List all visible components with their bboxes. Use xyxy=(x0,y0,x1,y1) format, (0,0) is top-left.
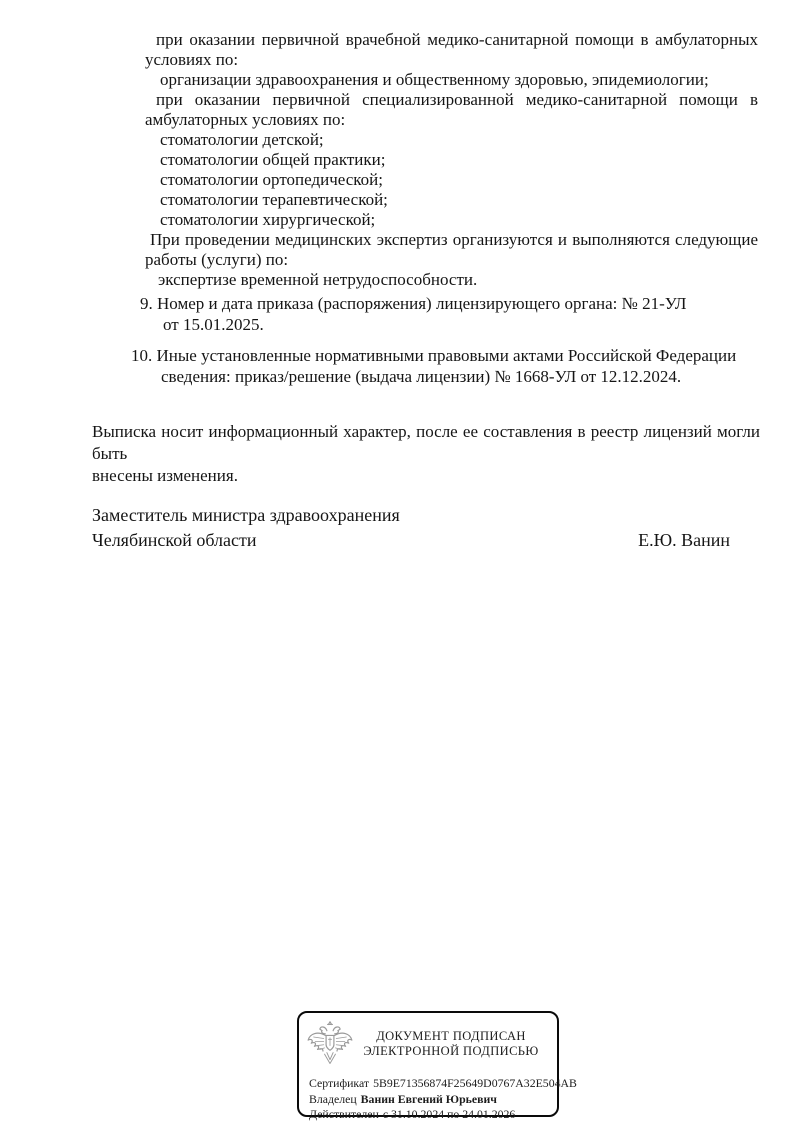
document-line: экспертизе временной нетрудоспособности. xyxy=(145,270,758,290)
certificate-line: Сертификат5B9E71356874F25649D0767A32E504… xyxy=(309,1076,547,1092)
license-works-section: при оказании первичной врачебной медико-… xyxy=(145,30,758,290)
document-line: при оказании первичной специализированно… xyxy=(145,90,758,110)
signer-position-line2: Челябинской области xyxy=(92,528,257,553)
document-line: стоматологии хирургической; xyxy=(145,210,758,230)
certificate-label: Сертификат xyxy=(309,1076,369,1090)
informational-note: Выписка носит информационный характер, п… xyxy=(92,421,760,487)
document-line: при оказании первичной врачебной медико-… xyxy=(145,30,758,50)
document-line: стоматологии детской; xyxy=(145,130,758,150)
document-line: 9. Номер и дата приказа (распоряжения) л… xyxy=(140,293,760,314)
document-line: работы (услуги) по: xyxy=(145,250,758,270)
item-9-order-number: 9. Номер и дата приказа (распоряжения) л… xyxy=(140,293,760,335)
owner-line: ВладелецВанин Евгений Юрьевич xyxy=(309,1092,547,1108)
signer-name: Е.Ю. Ванин xyxy=(638,528,730,553)
item-10-other-info: 10. Иные установленные нормативными прав… xyxy=(131,345,761,387)
document-line: 10. Иные установленные нормативными прав… xyxy=(131,345,761,366)
validity-label: Действителен xyxy=(309,1107,379,1121)
validity-value: с 31.10.2024 по 24.01.2026 xyxy=(383,1107,515,1121)
document-line: стоматологии терапевтической; xyxy=(145,190,758,210)
stamp-details: Сертификат5B9E71356874F25649D0767A32E504… xyxy=(299,1070,557,1123)
signer-position-line1: Заместитель министра здравоохранения xyxy=(92,503,730,528)
stamp-title: ДОКУМЕНТ ПОДПИСАН ЭЛЕКТРОННОЙ ПОДПИСЬЮ xyxy=(355,1029,549,1059)
roszdravnadzor-eagle-icon xyxy=(305,1019,355,1069)
signature-block: Заместитель министра здравоохранения Чел… xyxy=(92,503,730,553)
document-line: стоматологии общей практики; xyxy=(145,150,758,170)
document-line: стоматологии ортопедической; xyxy=(145,170,758,190)
document-line: условиях по: xyxy=(145,50,758,70)
document-page: при оказании первичной врачебной медико-… xyxy=(0,0,800,1132)
document-line: сведения: приказ/решение (выдача лицензи… xyxy=(131,366,761,387)
document-line: от 15.01.2025. xyxy=(140,314,760,335)
document-line: организации здравоохранения и общественн… xyxy=(145,70,758,90)
validity-line: Действителенс 31.10.2024 по 24.01.2026 xyxy=(309,1107,547,1123)
document-line: Выписка носит информационный характер, п… xyxy=(92,421,760,465)
document-line: внесены изменения. xyxy=(92,465,760,487)
stamp-title-line2: ЭЛЕКТРОННОЙ ПОДПИСЬЮ xyxy=(355,1044,547,1059)
stamp-header: ДОКУМЕНТ ПОДПИСАН ЭЛЕКТРОННОЙ ПОДПИСЬЮ xyxy=(299,1013,557,1070)
owner-value: Ванин Евгений Юрьевич xyxy=(361,1092,497,1106)
owner-label: Владелец xyxy=(309,1092,357,1106)
document-line: При проведении медицинских экспертиз орг… xyxy=(145,230,758,250)
document-line: амбулаторных условиях по: xyxy=(145,110,758,130)
certificate-value: 5B9E71356874F25649D0767A32E504AB xyxy=(373,1076,577,1090)
electronic-signature-stamp: ДОКУМЕНТ ПОДПИСАН ЭЛЕКТРОННОЙ ПОДПИСЬЮ С… xyxy=(297,1011,559,1117)
stamp-title-line1: ДОКУМЕНТ ПОДПИСАН xyxy=(355,1029,547,1044)
